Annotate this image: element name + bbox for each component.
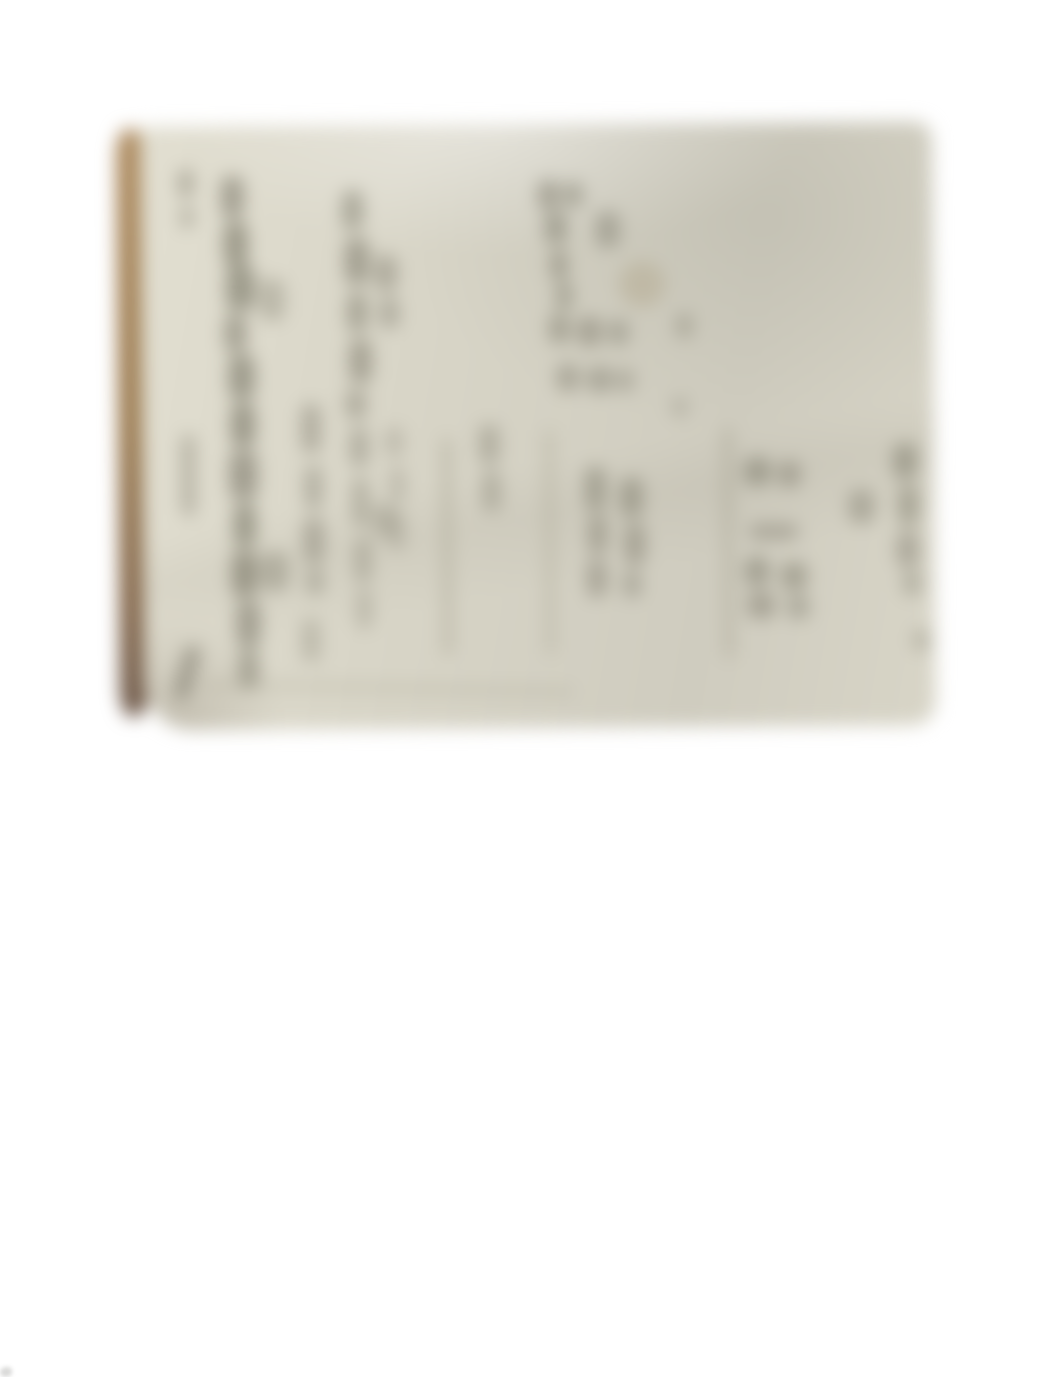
ink-stroke <box>625 523 645 565</box>
ink-stroke <box>304 517 324 563</box>
ink-stroke <box>557 364 579 392</box>
ink-stroke <box>236 601 260 647</box>
ink-stroke <box>229 451 257 499</box>
ink-stroke <box>259 552 289 592</box>
ink-stroke <box>345 238 369 284</box>
ruled-line-stroke <box>724 427 733 659</box>
ink-stroke <box>352 477 368 527</box>
ink-stroke <box>234 503 256 547</box>
ink-stroke <box>307 567 323 595</box>
ink-stroke <box>305 465 321 509</box>
ink-stroke <box>563 182 582 208</box>
ink-stroke <box>620 477 642 517</box>
ruled-line-stroke <box>546 430 554 655</box>
ink-stroke <box>179 169 192 197</box>
ink-stroke <box>479 424 499 464</box>
notebook-photo <box>112 112 950 744</box>
ink-stroke <box>302 618 319 662</box>
ink-stroke <box>781 562 807 590</box>
ink-stroke <box>349 339 371 383</box>
ink-stroke <box>617 368 634 392</box>
ink-stroke <box>342 190 362 230</box>
ink-stroke <box>587 559 607 597</box>
ink-stroke <box>676 313 692 339</box>
ink-stroke <box>355 537 371 583</box>
ink-stroke <box>346 389 366 419</box>
ink-stroke <box>893 443 917 479</box>
ink-stroke <box>347 292 367 332</box>
ink-stroke <box>373 503 395 537</box>
ink-stroke <box>577 317 601 347</box>
scene <box>0 0 1062 1377</box>
ink-stroke <box>619 261 665 307</box>
ink-stroke <box>556 282 572 310</box>
ink-stroke <box>228 355 254 399</box>
ink-stroke <box>623 570 641 598</box>
ink-stroke <box>585 466 605 510</box>
ink-stroke <box>482 470 500 512</box>
ruled-line-stroke <box>443 438 452 656</box>
ink-stroke <box>747 592 775 618</box>
ink-stroke <box>913 629 929 651</box>
ink-stroke <box>182 434 195 516</box>
ink-stroke <box>608 319 628 345</box>
ink-stroke <box>226 266 255 310</box>
ink-stroke <box>379 297 399 329</box>
ink-stroke <box>357 589 371 629</box>
ink-stroke <box>386 427 402 457</box>
ink-stroke <box>589 514 607 554</box>
ink-stroke <box>302 403 320 453</box>
ink-stroke <box>231 403 255 447</box>
ink-stroke <box>673 397 687 417</box>
ink-stroke <box>538 180 558 210</box>
ink-stroke <box>172 643 202 701</box>
ink-stroke <box>744 457 770 485</box>
ink-stroke <box>232 551 256 597</box>
ink-stroke <box>745 556 769 586</box>
notebook-photo-inner <box>110 109 952 747</box>
corner-smudge <box>0 1367 12 1377</box>
ink-stroke <box>224 314 246 352</box>
ink-stroke <box>260 279 284 321</box>
ink-stroke <box>595 211 619 247</box>
ink-stroke <box>390 467 404 503</box>
ink-stroke <box>551 250 567 280</box>
ink-stroke <box>587 366 613 392</box>
ink-stroke <box>221 176 243 218</box>
ink-stroke <box>350 427 368 467</box>
ink-stroke <box>787 595 809 619</box>
ink-stroke <box>848 490 874 524</box>
ink-stroke <box>181 206 192 228</box>
ruled-line-stroke <box>204 681 574 695</box>
ink-stroke <box>549 314 569 344</box>
ink-stroke <box>224 222 248 266</box>
ink-marks-layer <box>110 109 952 747</box>
ink-stroke <box>898 485 918 525</box>
ink-stroke <box>897 531 919 567</box>
ink-stroke <box>544 212 566 244</box>
ink-stroke <box>903 571 921 595</box>
ink-stroke <box>778 461 800 487</box>
ink-stroke <box>375 255 397 291</box>
ink-stroke <box>749 524 799 539</box>
